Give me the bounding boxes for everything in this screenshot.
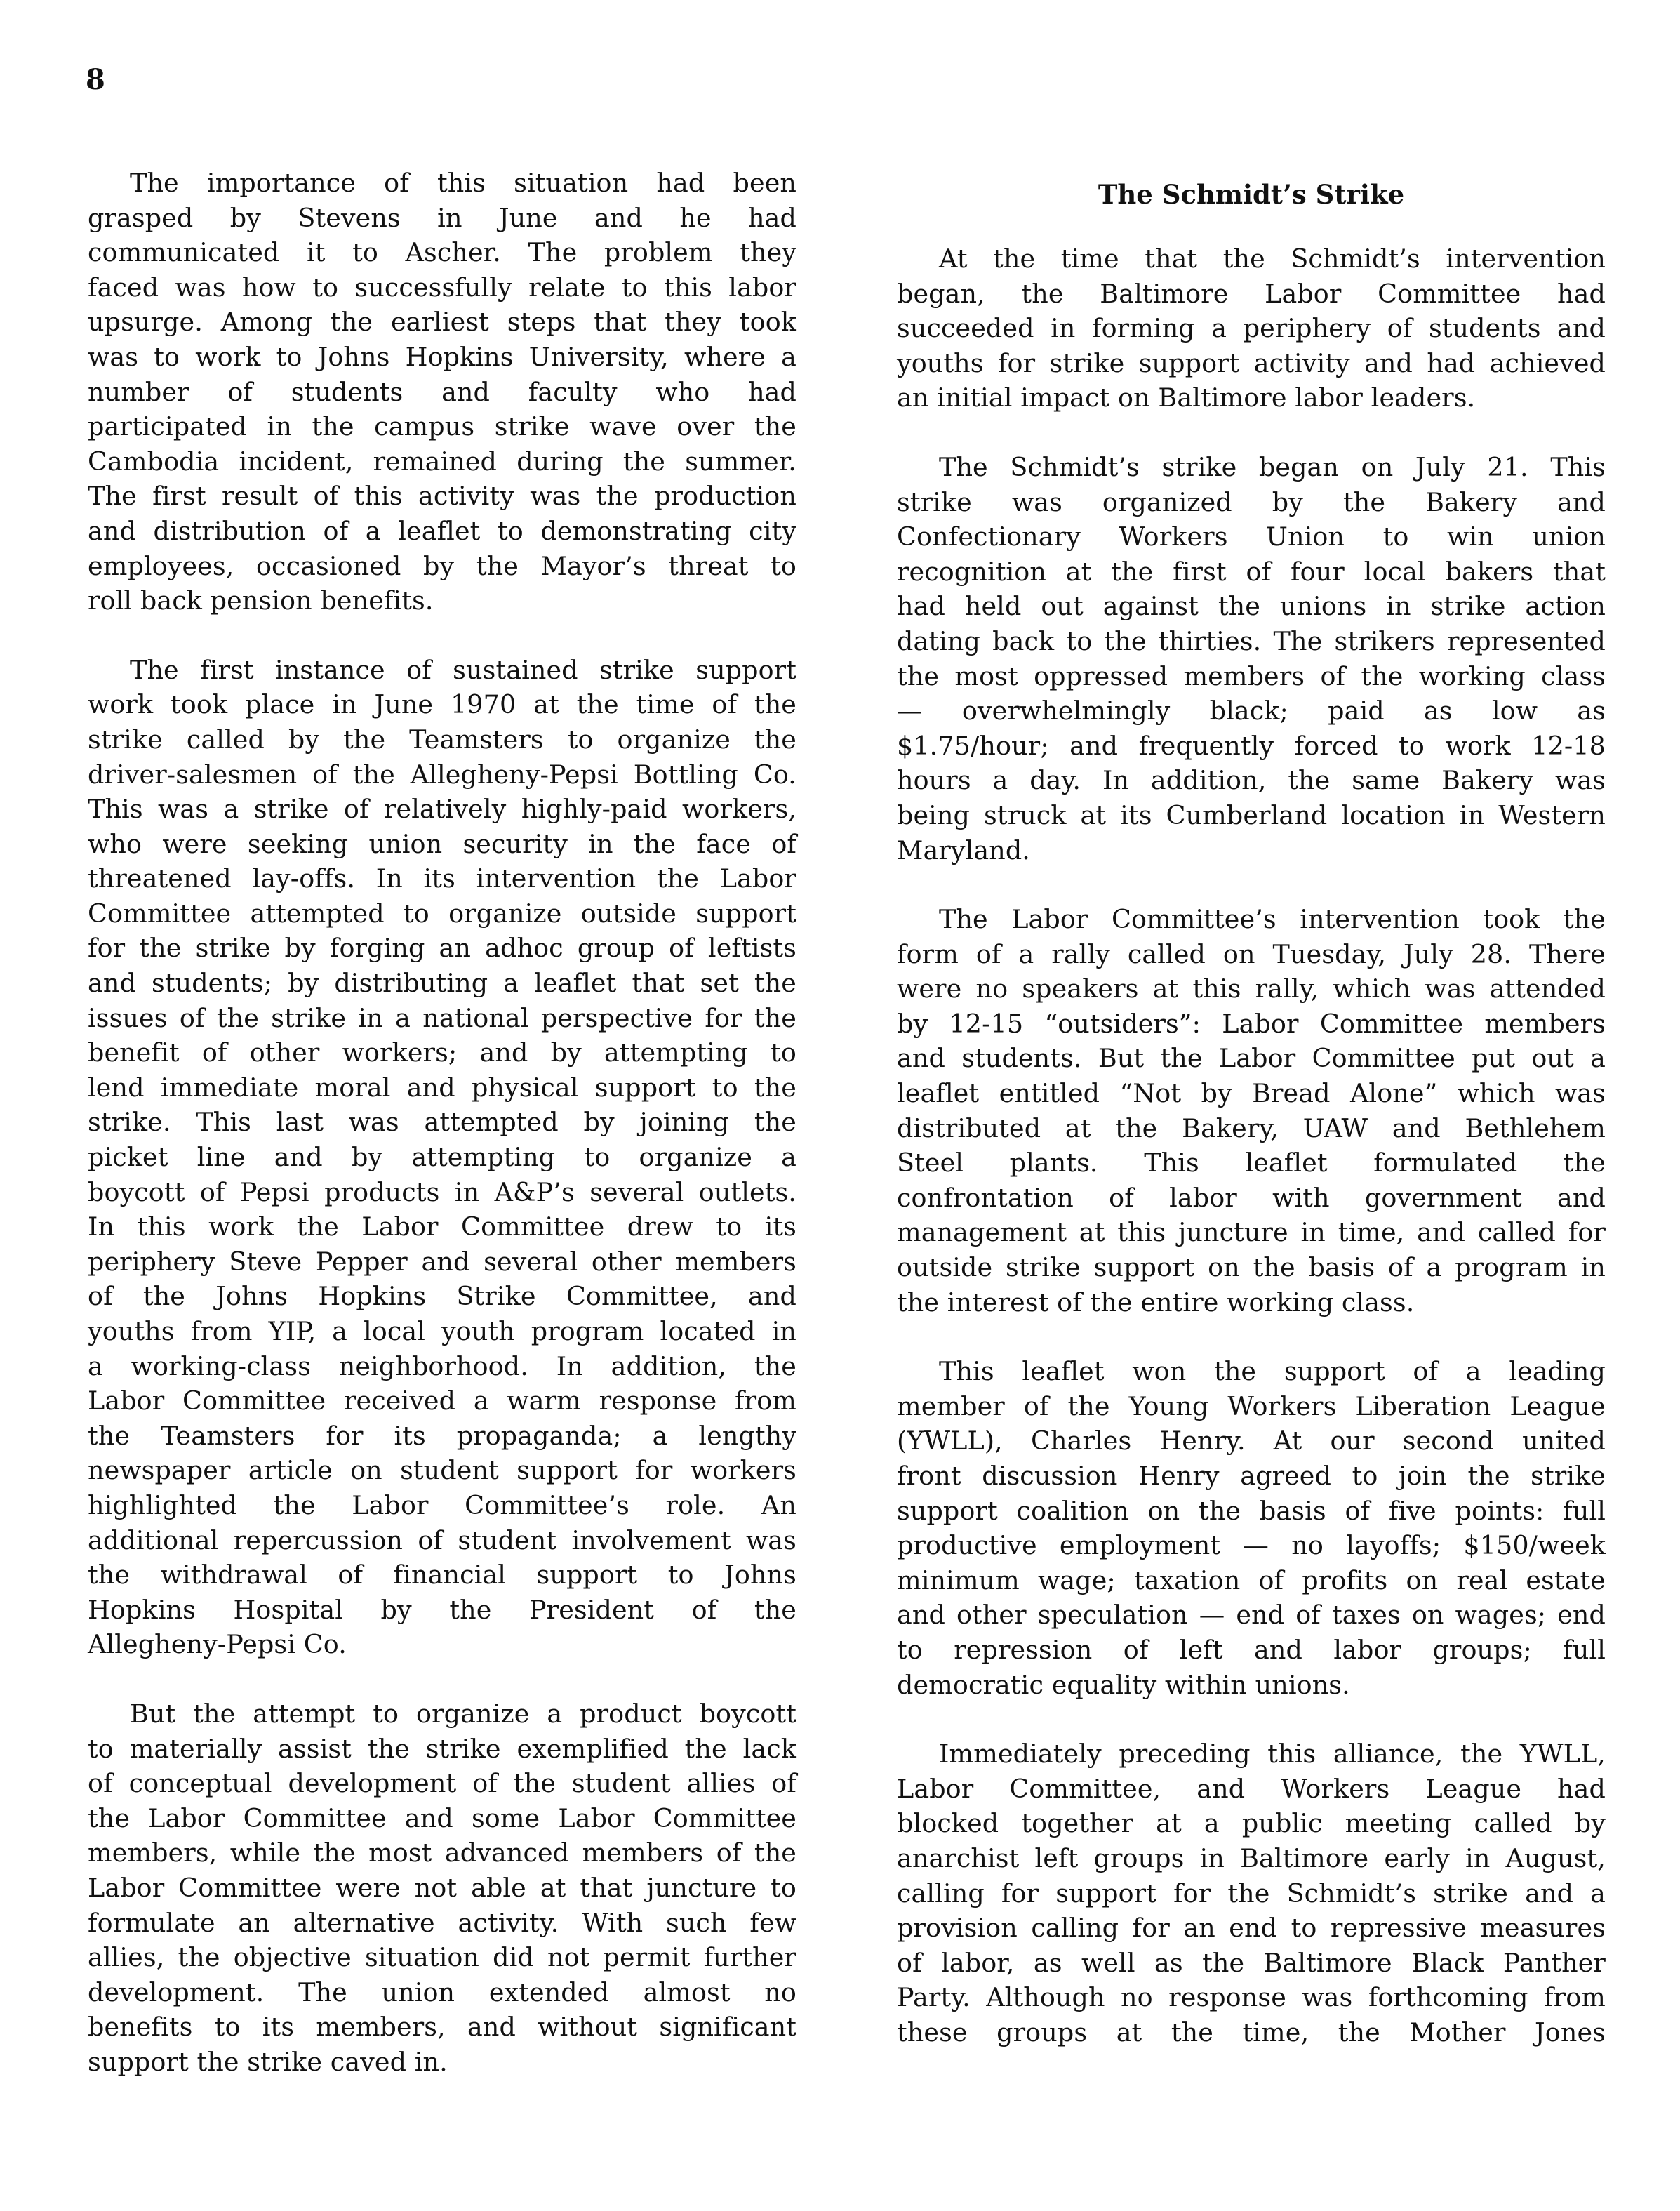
text-line: confrontation of labor with government a… — [897, 1181, 1606, 1216]
text-line: succeeded in forming a periphery of stud… — [897, 311, 1606, 346]
text-line: an initial impact on Baltimore labor lea… — [897, 380, 1606, 416]
text-line: Party. Although no response was forthcom… — [897, 1980, 1606, 2015]
text-line: work took place in June 1970 at the time… — [88, 687, 796, 722]
paragraph: The first instance of sustained strike s… — [88, 653, 796, 1662]
text-line: Labor Committee received a warm response… — [88, 1383, 796, 1419]
text-line: picket line and by attempting to organiz… — [88, 1140, 796, 1175]
text-line: strike was organized by the Bakery and — [897, 485, 1606, 520]
text-line: The Schmidt’s strike began on July 21. T… — [897, 450, 1606, 485]
text-line: support the strike caved in. — [88, 2045, 796, 2080]
text-line: Cambodia incident, remained during the s… — [88, 444, 796, 479]
text-line: communicated it to Ascher. The problem t… — [88, 235, 796, 270]
paragraph: The Schmidt’s strike began on July 21. T… — [897, 450, 1606, 868]
text-line: of labor, as well as the Baltimore Black… — [897, 1946, 1606, 1981]
text-line: calling for support for the Schmidt’s st… — [897, 1876, 1606, 1911]
text-line: and students. But the Labor Committee pu… — [897, 1041, 1606, 1076]
text-line: grasped by Stevens in June and he had — [88, 201, 796, 236]
text-line: threatened lay-offs. In its intervention… — [88, 861, 796, 896]
paragraph: But the attempt to organize a product bo… — [88, 1697, 796, 2080]
text-line: form of a rally called on Tuesday, July … — [897, 937, 1606, 972]
text-line: additional repercussion of student invol… — [88, 1523, 796, 1558]
text-line: a working-class neighborhood. In additio… — [88, 1349, 796, 1384]
text-line: Hopkins Hospital by the President of the — [88, 1593, 796, 1628]
text-line: the Teamsters for its propaganda; a leng… — [88, 1419, 796, 1454]
paragraph: The importance of this situation had bee… — [88, 166, 796, 618]
text-line: — overwhelmingly black; paid as low as — [897, 693, 1606, 729]
text-line: and distribution of a leaflet to demonst… — [88, 514, 796, 549]
text-line: by 12-15 “outsiders”: Labor Committee me… — [897, 1007, 1606, 1042]
text-line: of the Johns Hopkins Strike Committee, a… — [88, 1279, 796, 1314]
text-line: recognition at the first of four local b… — [897, 555, 1606, 590]
text-line: being struck at its Cumberland location … — [897, 798, 1606, 833]
text-line: benefit of other workers; and by attempt… — [88, 1035, 796, 1070]
text-line: $1.75/hour; and frequently forced to wor… — [897, 729, 1606, 764]
text-line: who were seeking union security in the f… — [88, 827, 796, 862]
text-line: productive employment — no layoffs; $150… — [897, 1528, 1606, 1563]
text-line: democratic equality within unions. — [897, 1668, 1606, 1703]
text-line: the Labor Committee and some Labor Commi… — [88, 1801, 796, 1836]
text-line: formulate an alternative activity. With … — [88, 1906, 796, 1941]
text-line: blocked together at a public meeting cal… — [897, 1806, 1606, 1841]
text-line: This leaflet won the support of a leadin… — [897, 1354, 1606, 1389]
text-line: minimum wage; taxation of profits on rea… — [897, 1563, 1606, 1598]
text-line: Steel plants. This leaflet formulated th… — [897, 1146, 1606, 1181]
text-line: began, the Baltimore Labor Committee had — [897, 277, 1606, 312]
text-line: dating back to the thirties. The striker… — [897, 624, 1606, 659]
text-line: The first instance of sustained strike s… — [88, 653, 796, 688]
left-column: The importance of this situation had bee… — [88, 166, 796, 2113]
text-line: and students; by distributing a leaflet … — [88, 966, 796, 1001]
text-line: distributed at the Bakery, UAW and Bethl… — [897, 1111, 1606, 1146]
text-line: participated in the campus strike wave o… — [88, 409, 796, 444]
text-line: Maryland. — [897, 833, 1606, 868]
text-line: Labor Committee, and Workers League had — [897, 1772, 1606, 1807]
paragraph: The Labor Committee’s intervention took … — [897, 902, 1606, 1320]
text-line: hours a day. In addition, the same Baker… — [897, 763, 1606, 798]
text-line: outside strike support on the basis of a… — [897, 1250, 1606, 1285]
paragraph: At the time that the Schmidt’s intervent… — [897, 241, 1606, 416]
text-line: The first result of this activity was th… — [88, 479, 796, 514]
text-line: Confectionary Workers Union to win union — [897, 519, 1606, 555]
text-line: strike. This last was attempted by joini… — [88, 1105, 796, 1140]
text-line: benefits to its members, and without sig… — [88, 2010, 796, 2045]
text-line: The importance of this situation had bee… — [88, 166, 796, 201]
text-line: At the time that the Schmidt’s intervent… — [897, 241, 1606, 277]
text-line: This was a strike of relatively highly-p… — [88, 792, 796, 827]
text-line: periphery Steve Pepper and several other… — [88, 1244, 796, 1280]
text-line: faced was how to successfully relate to … — [88, 270, 796, 305]
text-line: was to work to Johns Hopkins University,… — [88, 340, 796, 375]
text-line: support coalition on the basis of five p… — [897, 1494, 1606, 1529]
right-column: The Schmidt’s Strike At the time that th… — [897, 166, 1606, 2085]
paragraph: This leaflet won the support of a leadin… — [897, 1354, 1606, 1702]
text-line: and other speculation — end of taxes on … — [897, 1598, 1606, 1633]
text-line: provision calling for an end to repressi… — [897, 1911, 1606, 1946]
text-line: Immediately preceding this alliance, the… — [897, 1737, 1606, 1772]
text-line: members, while the most advanced members… — [88, 1835, 796, 1871]
text-line: newspaper article on student support for… — [88, 1453, 796, 1488]
text-line: leaflet entitled “Not by Bread Alone” wh… — [897, 1076, 1606, 1111]
text-line: issues of the strike in a national persp… — [88, 1001, 796, 1036]
text-line: allies, the objective situation did not … — [88, 1940, 796, 1975]
text-line: management at this juncture in time, and… — [897, 1215, 1606, 1250]
text-line: Allegheny-Pepsi Co. — [88, 1627, 796, 1662]
text-line: (YWLL), Charles Henry. At our second uni… — [897, 1423, 1606, 1459]
text-line: for the strike by forging an adhoc group… — [88, 931, 796, 966]
text-line: the withdrawal of financial support to J… — [88, 1558, 796, 1593]
text-line: of conceptual development of the student… — [88, 1766, 796, 1801]
text-line: to materially assist the strike exemplif… — [88, 1732, 796, 1767]
section-heading: The Schmidt’s Strike — [897, 177, 1606, 212]
text-line: strike called by the Teamsters to organi… — [88, 722, 796, 757]
text-line: member of the Young Workers Liberation L… — [897, 1389, 1606, 1424]
text-line: front discussion Henry agreed to join th… — [897, 1459, 1606, 1494]
text-line: employees, occasioned by the Mayor’s thr… — [88, 549, 796, 584]
page-number: 8 — [86, 65, 105, 95]
text-line: these groups at the time, the Mother Jon… — [897, 2015, 1606, 2050]
text-line: youths from YIP, a local youth program l… — [88, 1314, 796, 1349]
text-line: were no speakers at this rally, which wa… — [897, 971, 1606, 1007]
text-line: upsurge. Among the earliest steps that t… — [88, 305, 796, 340]
text-line: lend immediate moral and physical suppor… — [88, 1070, 796, 1105]
text-line: the most oppressed members of the workin… — [897, 659, 1606, 694]
text-line: had held out against the unions in strik… — [897, 589, 1606, 624]
text-line: Labor Committee were not able at that ju… — [88, 1871, 796, 1906]
text-line: Committee attempted to organize outside … — [88, 896, 796, 931]
paragraph: Immediately preceding this alliance, the… — [897, 1737, 1606, 2050]
text-line: boycott of Pepsi products in A&P’s sever… — [88, 1175, 796, 1210]
text-line: driver-salesmen of the Allegheny-Pepsi B… — [88, 757, 796, 792]
text-line: The Labor Committee’s intervention took … — [897, 902, 1606, 937]
text-line: anarchist left groups in Baltimore early… — [897, 1841, 1606, 1876]
text-line: development. The union extended almost n… — [88, 1975, 796, 2010]
text-line: to repression of left and labor groups; … — [897, 1633, 1606, 1668]
text-line: the interest of the entire working class… — [897, 1285, 1606, 1320]
text-line: In this work the Labor Committee drew to… — [88, 1209, 796, 1244]
text-line: number of students and faculty who had — [88, 375, 796, 410]
document-page: 8 The importance of this situation had b… — [0, 0, 1680, 2211]
text-line: But the attempt to organize a product bo… — [88, 1697, 796, 1732]
text-line: highlighted the Labor Committee’s role. … — [88, 1488, 796, 1523]
text-line: roll back pension benefits. — [88, 583, 796, 618]
text-line: youths for strike support activity and h… — [897, 346, 1606, 381]
